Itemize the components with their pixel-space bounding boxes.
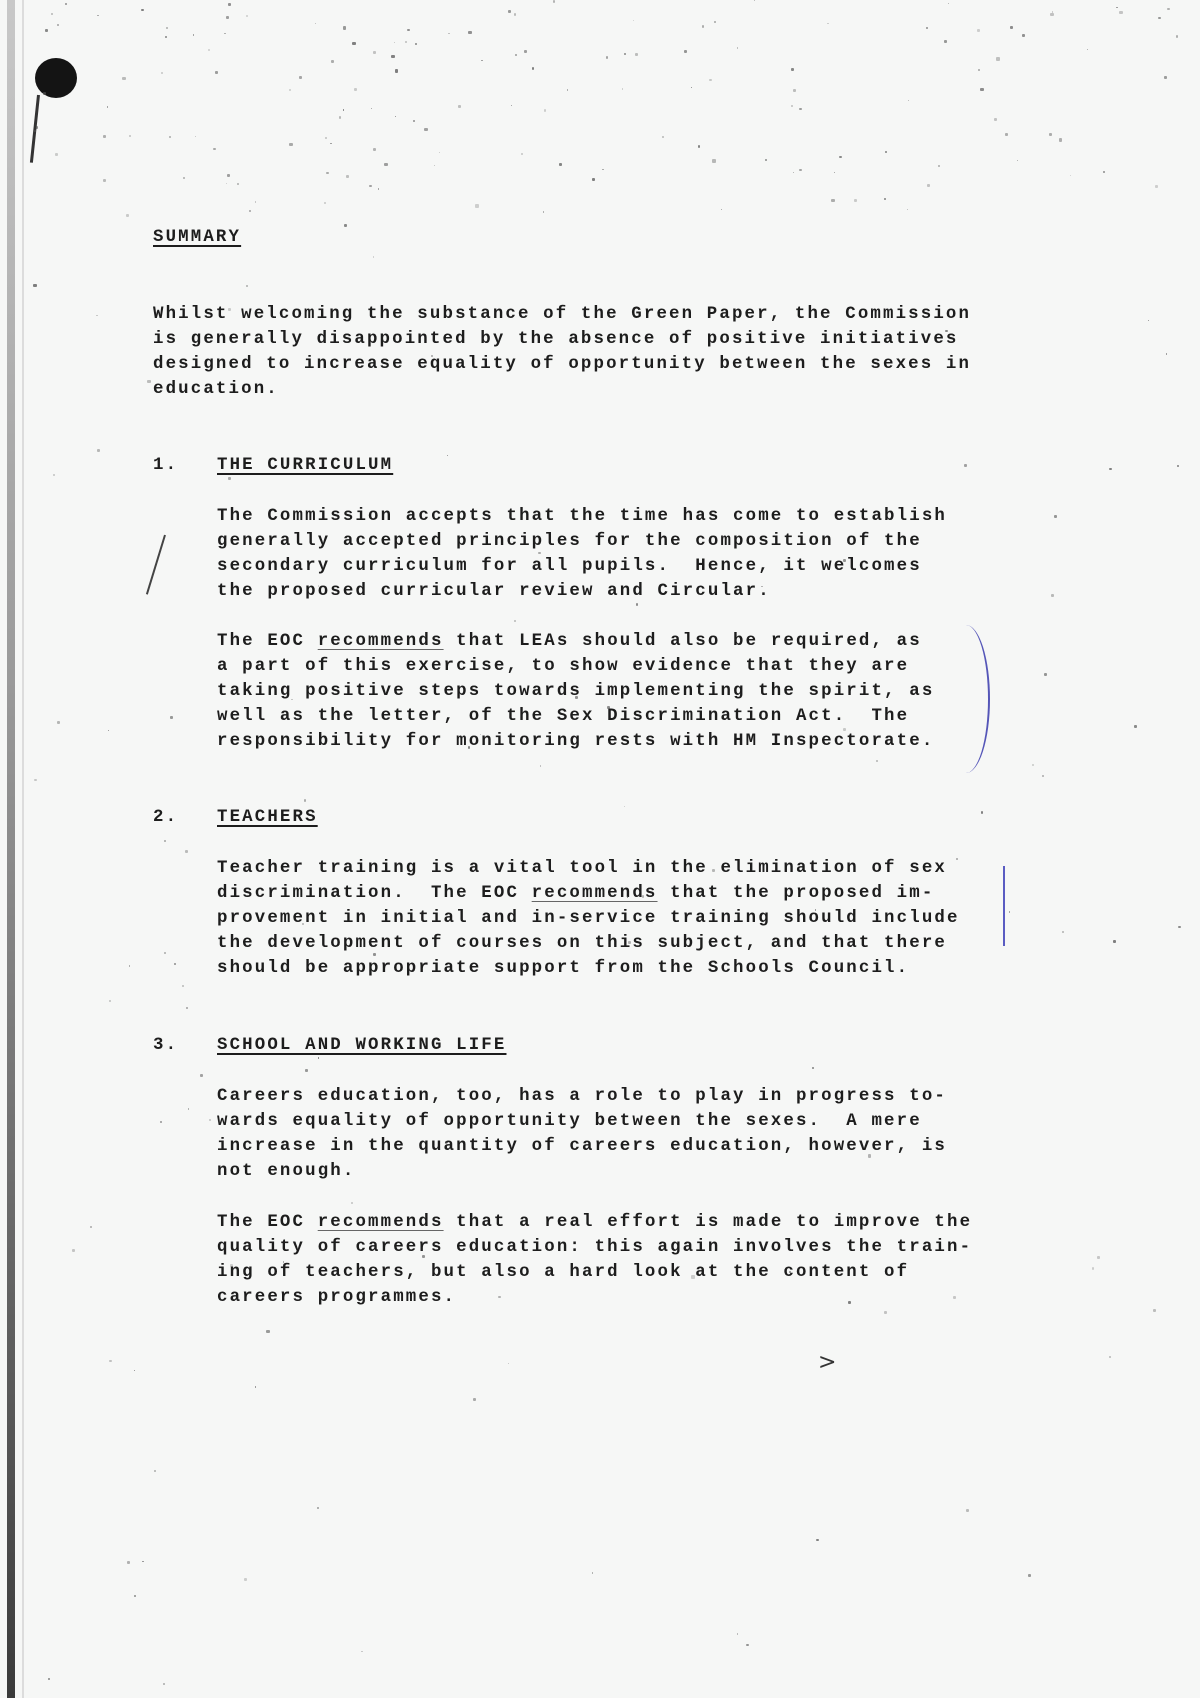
section-number: 3.	[153, 1036, 178, 1056]
paragraph-line: The Commission accepts that the time has…	[217, 507, 947, 527]
summary-heading: SUMMARY	[153, 228, 241, 248]
paragraph-line: should be appropriate support from the S…	[217, 959, 909, 979]
underlined-recommends: recommends	[532, 884, 658, 903]
section-title: THE CURRICULUM	[217, 456, 393, 476]
margin-caret-mark: >	[818, 1350, 836, 1375]
summary-line: education.	[153, 380, 279, 400]
paragraph-line: well as the letter, of the Sex Discrimin…	[217, 707, 909, 727]
section-number: 2.	[153, 808, 178, 828]
section-title: TEACHERS	[217, 808, 318, 828]
paragraph-line: The EOC recommends that a real effort is…	[217, 1213, 972, 1233]
summary-line: is generally disappointed by the absence…	[153, 330, 959, 350]
paragraph-line: Teacher training is a vital tool in the …	[217, 859, 947, 879]
summary-line: designed to increase equality of opportu…	[153, 355, 971, 375]
section-title: SCHOOL AND WORKING LIFE	[217, 1036, 506, 1056]
paragraph-line: a part of this exercise, to show evidenc…	[217, 657, 909, 677]
paragraph-line: The EOC recommends that LEAs should also…	[217, 632, 922, 652]
paragraph-line: provement in initial and in-service trai…	[217, 909, 960, 929]
underlined-recommends: recommends	[318, 632, 444, 651]
hole-punch-streak	[30, 95, 40, 163]
paragraph-line: generally accepted principles for the co…	[217, 532, 922, 552]
paragraph-line: increase in the quantity of careers educ…	[217, 1137, 947, 1157]
blue-pen-margin-bracket	[950, 625, 990, 773]
paragraph-line: the development of courses on this subje…	[217, 934, 947, 954]
summary-line: Whilst welcoming the substance of the Gr…	[153, 305, 971, 325]
page-edge-line	[22, 0, 24, 1698]
paragraph-line: secondary curriculum for all pupils. Hen…	[217, 557, 922, 577]
paragraph-line: responsibility for monitoring rests with…	[217, 732, 934, 752]
pencil-margin-slash	[146, 535, 166, 595]
paragraph-line: Careers education, too, has a role to pl…	[217, 1087, 947, 1107]
section-number: 1.	[153, 456, 178, 476]
page-edge-shadow	[7, 0, 15, 1698]
paragraph-line: wards equality of opportunity between th…	[217, 1112, 922, 1132]
paragraph-line: ing of teachers, but also a hard look at…	[217, 1263, 909, 1283]
paragraph-line: careers programmes.	[217, 1288, 456, 1308]
paragraph-line: discrimination. The EOC recommends that …	[217, 884, 934, 904]
hole-punch-mark	[35, 58, 77, 98]
scanned-page: SUMMARY Whilst welcoming the substance o…	[0, 0, 1200, 1698]
paragraph-line: quality of careers education: this again…	[217, 1238, 972, 1258]
underlined-recommends: recommends	[318, 1213, 444, 1232]
blue-pen-margin-line	[1003, 866, 1005, 946]
paragraph-line: the proposed curricular review and Circu…	[217, 582, 771, 602]
paragraph-line: not enough.	[217, 1162, 355, 1182]
